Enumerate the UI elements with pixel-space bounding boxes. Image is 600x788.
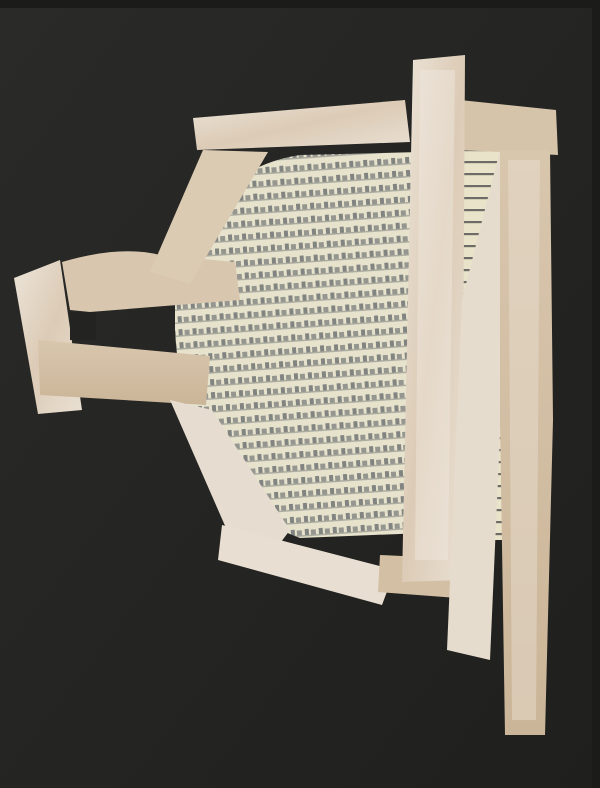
collage-artwork: Abstract paper collage on dark painted b… [0,0,600,788]
bracket-gap [70,312,96,340]
collage-svg [0,0,600,788]
